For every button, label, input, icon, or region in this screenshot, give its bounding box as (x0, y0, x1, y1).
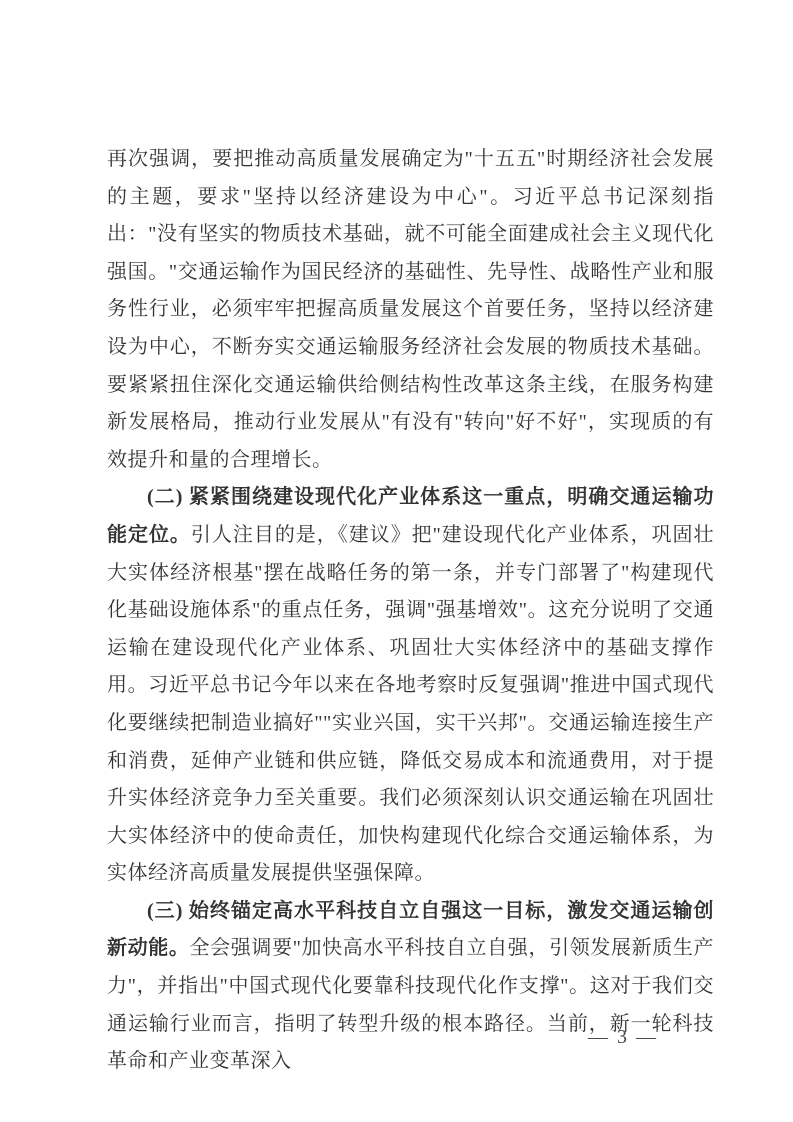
body-paragraph-2: (二) 紧紧围绕建设现代化产业体系这一重点，明确交通运输功能定位。引人注目的是，… (107, 479, 714, 893)
document-page: 再次强调，要把推动高质量发展确定为"十五五"时期经济社会发展的主题，要求"坚持以… (0, 0, 793, 1122)
page-number: — 3 — (588, 1026, 698, 1049)
paragraph-1-text: 再次强调，要把推动高质量发展确定为"十五五"时期经济社会发展的主题，要求"坚持以… (107, 148, 714, 471)
body-paragraph-3: (三) 始终锚定高水平科技自立自强这一目标，激发交通运输创新动能。全会强调要"加… (107, 893, 714, 1081)
document-body: 再次强调，要把推动高质量发展确定为"十五五"时期经济社会发展的主题，要求"坚持以… (107, 141, 714, 1081)
paragraph-3-text: 全会强调要"加快高水平科技自立自强，引领发展新质生产力"，并指出"中国式现代化要… (107, 937, 714, 1072)
body-paragraph-1: 再次强调，要把推动高质量发展确定为"十五五"时期经济社会发展的主题，要求"坚持以… (107, 141, 714, 479)
paragraph-2-text: 引人注目的是，《建议》把"建设现代化产业体系，巩固壮大实体经济根基"摆在战略任务… (107, 524, 714, 884)
